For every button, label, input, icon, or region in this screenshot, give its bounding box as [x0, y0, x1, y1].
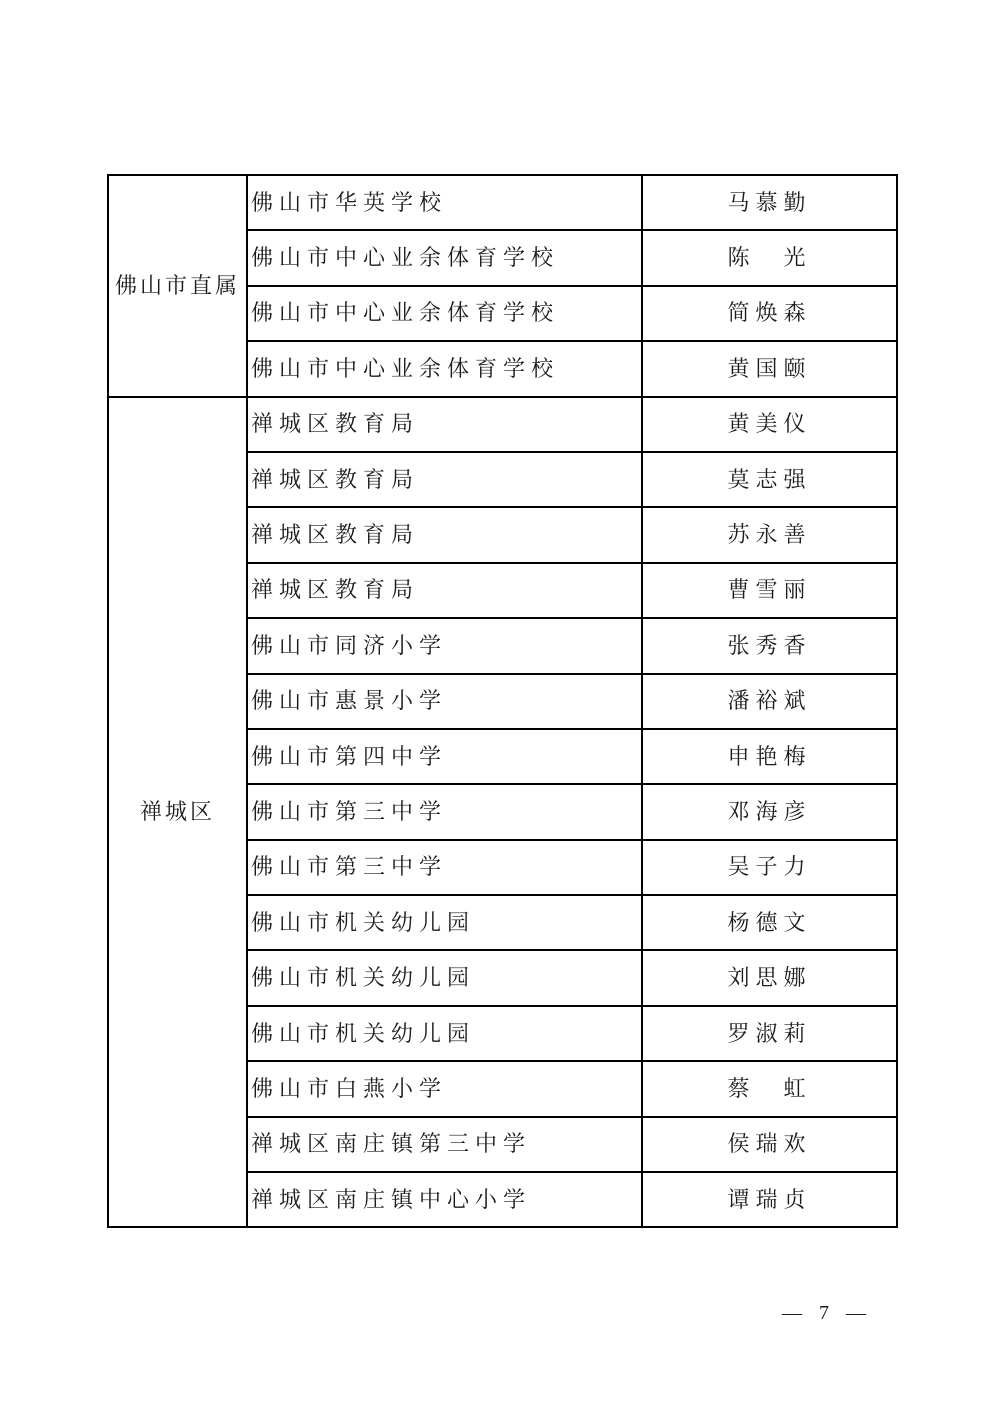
document-page: 佛山市直属佛山市华英学校马慕勤佛山市中心业余体育学校陈 光佛山市中心业余体育学校… [0, 0, 992, 1403]
school-cell: 禅城区南庄镇第三中学 [247, 1117, 642, 1172]
person-name-cell: 蔡 虹 [642, 1061, 897, 1116]
school-cell: 佛山市华英学校 [247, 175, 642, 230]
school-cell: 佛山市同济小学 [247, 618, 642, 673]
page-number: — 7 — [782, 1302, 868, 1325]
person-name-cell: 罗淑莉 [642, 1006, 897, 1061]
person-name-cell: 潘裕斌 [642, 674, 897, 729]
school-cell: 佛山市第四中学 [247, 729, 642, 784]
school-cell: 佛山市第三中学 [247, 784, 642, 839]
person-name-cell: 曹雪丽 [642, 563, 897, 618]
person-name-cell: 黄美仪 [642, 397, 897, 452]
roster-table: 佛山市直属佛山市华英学校马慕勤佛山市中心业余体育学校陈 光佛山市中心业余体育学校… [107, 174, 898, 1228]
person-name-cell: 陈 光 [642, 230, 897, 285]
person-name-cell: 刘思娜 [642, 950, 897, 1005]
person-name-cell: 申艳梅 [642, 729, 897, 784]
person-name-cell: 谭瑞贞 [642, 1172, 897, 1227]
school-cell: 佛山市中心业余体育学校 [247, 286, 642, 341]
school-cell: 禅城区教育局 [247, 452, 642, 507]
school-cell: 佛山市机关幼儿园 [247, 950, 642, 1005]
school-cell: 佛山市白燕小学 [247, 1061, 642, 1116]
person-name-cell: 邓海彦 [642, 784, 897, 839]
region-cell: 禅城区 [108, 397, 247, 1228]
person-name-cell: 杨德文 [642, 895, 897, 950]
person-name-cell: 莫志强 [642, 452, 897, 507]
roster-table-body: 佛山市直属佛山市华英学校马慕勤佛山市中心业余体育学校陈 光佛山市中心业余体育学校… [108, 175, 897, 1227]
table-row: 佛山市直属佛山市华英学校马慕勤 [108, 175, 897, 230]
school-cell: 佛山市中心业余体育学校 [247, 341, 642, 396]
school-cell: 佛山市机关幼儿园 [247, 1006, 642, 1061]
school-cell: 佛山市机关幼儿园 [247, 895, 642, 950]
school-cell: 禅城区教育局 [247, 397, 642, 452]
school-cell: 佛山市惠景小学 [247, 674, 642, 729]
person-name-cell: 苏永善 [642, 507, 897, 562]
school-cell: 禅城区教育局 [247, 563, 642, 618]
school-cell: 佛山市中心业余体育学校 [247, 230, 642, 285]
region-cell: 佛山市直属 [108, 175, 247, 397]
person-name-cell: 张秀香 [642, 618, 897, 673]
table-row: 禅城区禅城区教育局黄美仪 [108, 397, 897, 452]
person-name-cell: 黄国颐 [642, 341, 897, 396]
person-name-cell: 侯瑞欢 [642, 1117, 897, 1172]
person-name-cell: 马慕勤 [642, 175, 897, 230]
school-cell: 佛山市第三中学 [247, 840, 642, 895]
school-cell: 禅城区教育局 [247, 507, 642, 562]
school-cell: 禅城区南庄镇中心小学 [247, 1172, 642, 1227]
person-name-cell: 吴子力 [642, 840, 897, 895]
person-name-cell: 简焕森 [642, 286, 897, 341]
